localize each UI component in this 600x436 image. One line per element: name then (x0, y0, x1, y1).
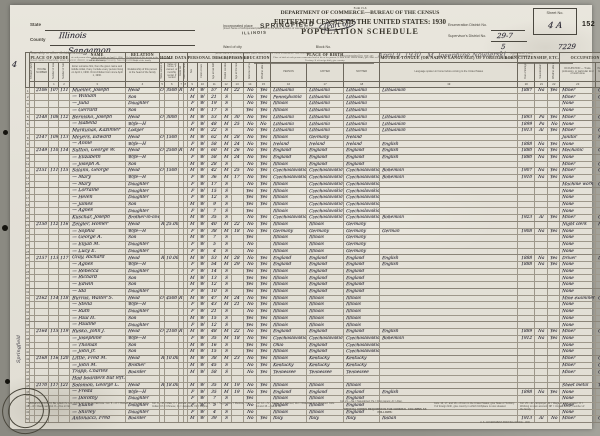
cell-dw (49, 248, 59, 255)
cell-ag: 22 (207, 128, 221, 135)
cell-rw: Yes (257, 168, 271, 175)
cell-nt (535, 201, 548, 208)
cell-rw: Yes (257, 195, 271, 202)
cell-rc: W (197, 235, 207, 242)
cell-dw: 116 (49, 355, 59, 362)
cell-in (596, 349, 600, 356)
cell-in: School (596, 134, 600, 141)
cell-sc: Yes (243, 288, 257, 295)
cell-mr: S (221, 342, 231, 349)
cell-rw: Yes (257, 275, 271, 282)
cell-bf: England (307, 329, 344, 336)
cell-sc: No (243, 114, 257, 121)
column-label-oc: OCCUPATION — Trade, profession, or parti… (560, 63, 596, 82)
footer-printing-office: U. S. GOVERNMENT PRINTING OFFICE : 1930 (480, 422, 590, 425)
cell-nm: Antonacci, Fred (69, 416, 125, 423)
cell-nt: Na (535, 255, 548, 262)
cell-tg: English (380, 262, 518, 269)
cell-bf: Lithuania (307, 107, 344, 114)
cell-bf: England (307, 288, 344, 295)
cell-hn (34, 322, 49, 329)
cell-nm: — John Jr. (69, 349, 125, 356)
cell-rl: Lodger (125, 128, 160, 135)
cell-im (518, 221, 535, 228)
cell-am (231, 128, 243, 135)
cell-hn (34, 121, 49, 128)
cell-ag: 38 (207, 355, 221, 362)
cell-bf: Illinois (307, 221, 344, 228)
cell-rw: Yes (257, 94, 271, 101)
cell-rc: W (197, 107, 207, 114)
cell-rc: W (197, 87, 207, 94)
cell-en (548, 201, 560, 208)
cell-im (518, 382, 535, 389)
cell-rc: W (197, 355, 207, 362)
cell-nm: — Elijah M. (69, 241, 125, 248)
cell-sx: M (187, 128, 197, 135)
cell-nm: Bernisko, Joseph (69, 114, 125, 121)
cell-tg: Bohemian (380, 174, 518, 181)
cell-rc: W (197, 262, 207, 269)
cell-nt: Na (535, 228, 548, 235)
cell-oc: Mine examiner (560, 295, 596, 302)
cell-vl (165, 335, 179, 342)
cell-fm: 119 (59, 329, 69, 336)
cell-in (596, 282, 600, 289)
cell-im: 1888 (518, 141, 535, 148)
cell-dw (49, 302, 59, 309)
cell-ag: 7 (207, 208, 221, 215)
cell-in: Coal mine (596, 114, 600, 121)
cell-mr: M (221, 87, 231, 94)
cell-nt (535, 101, 548, 108)
cell-in: Coal mine (596, 416, 600, 423)
cell-im: 1908 (518, 228, 535, 235)
cell-tg (380, 382, 518, 389)
cell-dw: 108 (49, 114, 59, 121)
cell-nt (535, 369, 548, 376)
cell-nt: Al (535, 215, 548, 222)
column-label-bf: FATHER (307, 63, 344, 82)
cell-rc: W (197, 101, 207, 108)
cell-sx: M (187, 329, 197, 336)
cell-dw (49, 101, 59, 108)
cell-rc: W (197, 94, 207, 101)
cell-nt (535, 248, 548, 255)
cell-vl (165, 288, 179, 295)
cell-bm: Illinois (343, 322, 380, 329)
sd-label: Supervisor's District No. (448, 34, 486, 38)
cell-nt (535, 268, 548, 275)
column-group-header: OCCUPATION AND INDUSTRY (560, 53, 600, 63)
cell-im: 1898 (518, 389, 535, 396)
column-group-header: CITIZENSHIP, ETC. (518, 53, 560, 63)
cell-sc: No (243, 121, 257, 128)
column-label-tg: Language spoken in home before coming to… (380, 63, 518, 82)
cell-bm: Czechoslovakia (343, 208, 380, 215)
cell-nm: — Julia (69, 101, 125, 108)
cell-sc: No (243, 148, 257, 155)
cell-hn (34, 302, 49, 309)
cell-vl (165, 208, 179, 215)
cell-sx: M (187, 235, 197, 242)
cell-rc: W (197, 141, 207, 148)
cell-bf: England (307, 262, 344, 269)
cell-rc: W (197, 208, 207, 215)
cell-en (548, 268, 560, 275)
cell-hn (34, 349, 49, 356)
cell-dw (49, 174, 59, 181)
cell-oc: None (560, 342, 596, 349)
cell-oc: None (560, 262, 596, 269)
cell-rl: Head (125, 355, 160, 362)
cell-dw: 107 (49, 87, 59, 94)
cell-dw: 117 (49, 382, 59, 389)
cell-bm: England (343, 268, 380, 275)
cell-nm: — Annie (69, 141, 125, 148)
cell-am: 19 (231, 389, 243, 396)
cell-hn (34, 128, 49, 135)
cell-sx: M (187, 362, 197, 369)
cell-hn: 2164 (34, 329, 49, 336)
cell-fm (59, 315, 69, 322)
cell-tg (380, 376, 518, 383)
cell-dw: 114 (49, 295, 59, 302)
cell-hn: 2147 (34, 134, 49, 141)
table-row: 24— Elijah M.DaughterFW5SNoIllinoisIllin… (26, 241, 600, 248)
cell-fm (59, 302, 69, 309)
cell-tg (380, 107, 518, 114)
table-row: 15— MaryDaughterFW17SNoYesIllinoisCzecho… (26, 181, 600, 188)
cell-rl: Daughter (125, 268, 160, 275)
cell-mr: S (221, 409, 231, 416)
cell-bp: Tennessee (270, 369, 307, 376)
cell-in: Coal mine (596, 329, 600, 336)
cell-dw (49, 362, 59, 369)
cell-in (596, 268, 600, 275)
cell-mr: S (221, 315, 231, 322)
cell-in (596, 248, 600, 255)
cell-nt (535, 295, 548, 302)
cell-bp: Illinois (270, 181, 307, 188)
cell-bf: Ireland (307, 141, 344, 148)
cell-mr: S (221, 94, 231, 101)
cell-en: Yes (548, 141, 560, 148)
cell-sx: M (187, 168, 197, 175)
cell-hn: 2106 (34, 87, 49, 94)
cell-am (231, 208, 243, 215)
cell-ag: 48 (207, 329, 221, 336)
cell-rw: Yes (257, 268, 271, 275)
cell-ag: 48 (207, 121, 221, 128)
cell-bf: England (307, 148, 344, 155)
cell-hn (34, 376, 49, 383)
cell-am (231, 369, 243, 376)
cell-dw (49, 288, 59, 295)
cell-tg (380, 308, 518, 315)
cell-fm: 121 (59, 382, 69, 389)
cell-bp: England (270, 329, 307, 336)
cell-rc: W (197, 315, 207, 322)
cell-ow: R (160, 255, 165, 262)
cell-tg: Bohemian (380, 335, 518, 342)
cell-in (596, 335, 600, 342)
cell-hn: 2162 (34, 295, 49, 302)
cell-bm: Ireland (343, 141, 380, 148)
cell-tg (380, 342, 518, 349)
cell-am: 24 (231, 154, 243, 161)
cell-tg: English (380, 141, 518, 148)
cell-nt: Na (535, 168, 548, 175)
cell-ag: 47 (207, 295, 221, 302)
cell-tg (380, 355, 518, 362)
cell-hn (34, 335, 49, 342)
cell-sc: No (243, 329, 257, 336)
table-row: 22— SophiaWife—HFW38M18NoYesGermanyGerma… (26, 228, 600, 235)
cell-bp: Pennsylvania (270, 94, 307, 101)
cell-rc: W (197, 409, 207, 416)
cell-ag: 5 (207, 241, 221, 248)
cell-rw: Yes (257, 335, 271, 342)
cell-rl: Daughter (125, 101, 160, 108)
cell-fm (59, 308, 69, 315)
cell-bm: England (343, 329, 380, 336)
cell-sx: M (187, 315, 197, 322)
cell-rl: Head (125, 329, 160, 336)
cell-tg (380, 208, 518, 215)
cell-vl (165, 201, 179, 208)
cell-im (518, 94, 535, 101)
cell-nt (535, 235, 548, 242)
cell-sc: No (243, 161, 257, 168)
cell-bf: Illinois (307, 409, 344, 416)
cell-sx: M (187, 342, 197, 349)
cell-rl: Boarder (125, 369, 160, 376)
cell-nm: Zeigler, Homer (69, 221, 125, 228)
cell-fm (59, 275, 69, 282)
cell-sx: M (187, 161, 197, 168)
cell-bm: Czechoslovakia (343, 215, 380, 222)
cell-mr: S (221, 208, 231, 215)
cell-en (548, 94, 560, 101)
cell-rw: No (257, 121, 271, 128)
cell-hn (34, 141, 49, 148)
cell-rc: W (197, 322, 207, 329)
cell-rl: Head (125, 221, 160, 228)
cell-rl: Wife—H (125, 389, 160, 396)
cell-tg (380, 315, 518, 322)
scanned-census-page: { "header": { "form_no": "Form 15-6", "d… (0, 0, 600, 436)
cell-fm (59, 215, 69, 222)
cell-bp: Illinois (270, 241, 307, 248)
cell-bf: Illinois (307, 322, 344, 329)
cell-rw: Yes (257, 329, 271, 336)
cell-mr: S (221, 107, 231, 114)
cell-am: 18 (231, 335, 243, 342)
cell-rc: W (197, 382, 207, 389)
cell-ag: 42 (207, 168, 221, 175)
cell-fm (59, 121, 69, 128)
cell-nt (535, 362, 548, 369)
cell-hn (34, 154, 49, 161)
cell-am (231, 349, 243, 356)
cell-rl: Daughter (125, 248, 160, 255)
cell-im: 1923 (518, 215, 535, 222)
cell-am (231, 362, 243, 369)
cell-rl: Son (125, 94, 160, 101)
cell-hn (34, 215, 49, 222)
cell-en (548, 295, 560, 302)
cell-nt (535, 208, 548, 215)
cell-ag: 40 (207, 221, 221, 228)
cell-mr: S (221, 282, 231, 289)
cell-rd: R (179, 148, 183, 155)
cell-nt (535, 241, 548, 248)
cell-vl (165, 268, 179, 275)
table-row: 322162114118Burrus, Walter S.HeadO4500RM… (26, 295, 600, 302)
column-label-hn: HOUSE NUMBER (34, 63, 49, 82)
cell-vl (165, 181, 179, 188)
cell-sc: No (243, 141, 257, 148)
cell-rl: Son (125, 342, 160, 349)
cell-en: Yes (548, 87, 560, 94)
cell-nm: Gray, Richard (69, 255, 125, 262)
cell-mr: S (221, 128, 231, 135)
cell-vl: 4500 (165, 295, 179, 302)
cell-rw: Yes (257, 322, 271, 329)
cell-vl (165, 141, 179, 148)
cell-fm (59, 174, 69, 181)
cell-nm: — Richard (69, 275, 125, 282)
cell-bm: Czechoslovakia (343, 342, 380, 349)
cell-sc: No (243, 369, 257, 376)
cell-ag: 21 (207, 308, 221, 315)
cell-nm: — Elizabeth (69, 154, 125, 161)
schedule-title: POPULATION SCHEDULE (240, 27, 480, 36)
cell-nm: — Sophia (69, 228, 125, 235)
cell-hn: 2168 (34, 355, 49, 362)
cell-rl: Wife—H (125, 262, 160, 269)
table-row: 29— RichardSonMW13SYesYesIllinoisEngland… (26, 275, 600, 282)
cell-bf: Illinois (307, 308, 344, 315)
cell-mr: S (221, 201, 231, 208)
cell-in (596, 315, 600, 322)
cell-bm: Kentucky (343, 355, 380, 362)
cell-rl: Wife—H (125, 174, 160, 181)
cell-mr: S (221, 275, 231, 282)
cell-rc: W (197, 148, 207, 155)
cell-im (518, 161, 535, 168)
cell-vl (165, 315, 179, 322)
cell-am (231, 241, 243, 248)
cell-tg (380, 288, 518, 295)
cell-rl: Wife—H (125, 121, 160, 128)
cell-fm (59, 389, 69, 396)
cell-fm (59, 322, 69, 329)
table-row: 28— RebeccaDaughterFW14SYesYesIllinoisEn… (26, 268, 600, 275)
cell-bf: Czechoslovakia (307, 181, 344, 188)
column-group-header: HOME DATA (160, 53, 187, 63)
cell-sc: Yes (243, 107, 257, 114)
cell-rw: Yes (257, 154, 271, 161)
cell-en: Yes (548, 114, 560, 121)
cell-bp: Illinois (270, 282, 307, 289)
cell-ag: 43 (207, 302, 221, 309)
table-row: 36— PaulineDaughterFW12SYesYesIllinoisIl… (26, 322, 600, 329)
cell-oc: None (560, 248, 596, 255)
cell-am (231, 275, 243, 282)
cell-ag: 35 (207, 389, 221, 396)
cell-sc: No (243, 362, 257, 369)
cell-bm: Illinois (343, 382, 380, 389)
cell-sc: No (243, 248, 257, 255)
cell-fm: 117 (59, 255, 69, 262)
cell-im (518, 188, 535, 195)
cell-bf: Czechoslovakia (307, 195, 344, 202)
cell-ag: 9 (207, 201, 221, 208)
cell-sx: F (187, 288, 197, 295)
table-row: 2— WilliamSonMW21SNoYesPennsylvaniaLithu… (26, 94, 600, 101)
cell-ag: 45 (207, 362, 221, 369)
cell-in (596, 322, 600, 329)
table-row: 40— John Jr.SonMW15SYesYesIllinoisEnglan… (26, 349, 600, 356)
column-group-header: RELATIONRelationship of this person to t… (125, 53, 160, 63)
cell-oc: None (560, 174, 596, 181)
column-label-sx: Sex (187, 63, 197, 82)
cell-hn (34, 362, 49, 369)
cell-tg (380, 322, 518, 329)
cell-bp: Czechoslovakia (270, 174, 307, 181)
cell-bp: Illinois (270, 235, 307, 242)
cell-hn (34, 181, 49, 188)
cell-bm: Lithuania (343, 107, 380, 114)
cell-nt: Na (535, 148, 548, 155)
cell-fm (59, 94, 69, 101)
cell-in (596, 402, 600, 409)
cell-rl: Son (125, 349, 160, 356)
cell-bp: Illinois (270, 355, 307, 362)
cell-rw: Yes (257, 107, 271, 114)
cell-rc: W (197, 221, 207, 228)
cell-en: Yes (548, 215, 560, 222)
cell-vl: 2100 (165, 329, 179, 336)
cell-sx: M (187, 349, 197, 356)
cell-oc: Miner (560, 94, 596, 101)
cell-ag: 14 (207, 268, 221, 275)
cell-sx: M (187, 355, 197, 362)
cell-oc: Driver (560, 255, 596, 262)
cell-oc: Miner (560, 215, 596, 222)
cell-bm: Czechoslovakia (343, 181, 380, 188)
cell-vl (165, 215, 179, 222)
cell-sx: M (187, 275, 197, 282)
cell-am: 22 (231, 87, 243, 94)
cell-rw: Yes (257, 302, 271, 309)
cell-ag: 39 (207, 416, 221, 423)
cell-vl (165, 241, 179, 248)
cell-rw: Yes (257, 128, 271, 135)
cell-sx: F (187, 262, 197, 269)
cell-bf: England (307, 342, 344, 349)
cell-vl: 3000 (165, 114, 179, 121)
cell-vl (165, 302, 179, 309)
cell-rl: Daughter (125, 322, 160, 329)
cell-bf: England (307, 268, 344, 275)
cell-sc: No (243, 134, 257, 141)
cell-hn (34, 275, 49, 282)
cell-fm: 112 (59, 114, 69, 121)
cell-im: 1912 (518, 335, 535, 342)
